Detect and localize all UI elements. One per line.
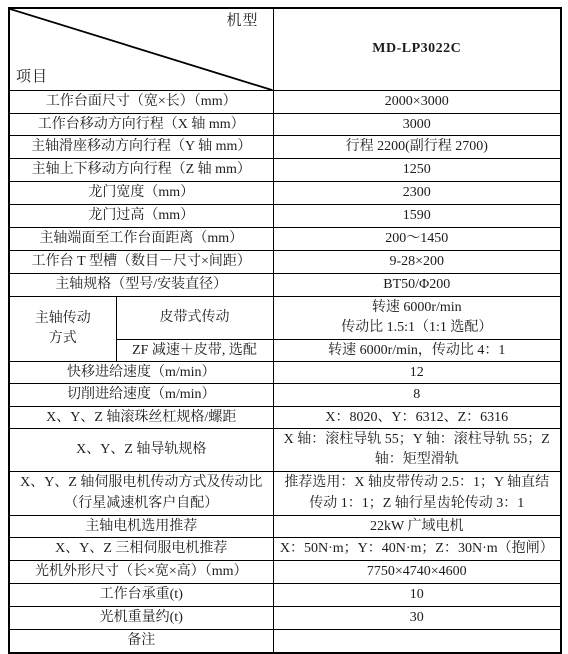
- row-value: 1590: [273, 205, 561, 228]
- row-value: 1250: [273, 159, 561, 182]
- row-label: 主轴滑座移动方向行程（Y 轴 mm）: [9, 136, 273, 159]
- table-row: 切削进给速度（m/min） 8: [9, 384, 561, 407]
- row-value: 2300: [273, 182, 561, 205]
- table-row: 工作台承重(t) 10: [9, 584, 561, 607]
- model-number: MD-LP3022C: [273, 8, 561, 91]
- row-label: 工作台 T 型槽（数目－尺寸×间距）: [9, 251, 273, 274]
- row-label: 快移进给速度（m/min）: [9, 362, 273, 384]
- row-label: 备注: [9, 630, 273, 653]
- row-sublabel: ZF 减速＋皮带, 选配: [116, 340, 273, 362]
- row-value: 10: [273, 584, 561, 607]
- row-value: X 轴：滚柱导轨 55；Y 轴：滚柱导轨 55；Z 轴：矩型滑轨: [273, 429, 561, 472]
- spec-table: 机型 项目 MD-LP3022C 工作台面尺寸（宽×长）（mm） 2000×30…: [8, 7, 562, 654]
- row-label: 工作台移动方向行程（X 轴 mm）: [9, 114, 273, 136]
- table-row: X、Y、Z 轴导轨规格 X 轴：滚柱导轨 55；Y 轴：滚柱导轨 55；Z 轴：…: [9, 429, 561, 472]
- table-header-row: 机型 项目 MD-LP3022C: [9, 8, 561, 91]
- row-value-empty: [273, 630, 561, 653]
- table-row: 龙门宽度（mm） 2300: [9, 182, 561, 205]
- row-label: X、Y、Z 轴滚珠丝杠规格/螺距: [9, 407, 273, 429]
- table-row: 快移进给速度（m/min） 12: [9, 362, 561, 384]
- row-label: 工作台承重(t): [9, 584, 273, 607]
- row-value: 3000: [273, 114, 561, 136]
- row-value: 7750×4740×4600: [273, 561, 561, 584]
- row-label: 龙门过高（mm）: [9, 205, 273, 228]
- row-value: 转速 6000r/min，传动比 4：1: [273, 340, 561, 362]
- table-row: 主轴端面至工作台面距离（mm） 200～1450: [9, 228, 561, 251]
- row-label: 主轴电机选用推荐: [9, 516, 273, 538]
- row-value: 30: [273, 607, 561, 630]
- table-row: 主轴滑座移动方向行程（Y 轴 mm） 行程 2200(副行程 2700): [9, 136, 561, 159]
- table-row: X、Y、Z 轴滚珠丝杠规格/螺距 X：8020、Y：6312、Z：6316: [9, 407, 561, 429]
- table-row-spindle-belt: 主轴传动 方式 皮带式传动 转速 6000r/min 传动比 1.5:1（1:1…: [9, 297, 561, 340]
- table-row: 光机重量约(t) 30: [9, 607, 561, 630]
- table-row: 光机外形尺寸（长×宽×高）（mm） 7750×4740×4600: [9, 561, 561, 584]
- row-label: 光机外形尺寸（长×宽×高）（mm）: [9, 561, 273, 584]
- row-value: 推荐选用：X 轴皮带传动 2.5：1；Y 轴直结传动 1：1；Z 轴行星齿轮传动…: [273, 472, 561, 516]
- table-row: 主轴上下移动方向行程（Z 轴 mm） 1250: [9, 159, 561, 182]
- row-value: 2000×3000: [273, 91, 561, 114]
- row-label: 主轴端面至工作台面距离（mm）: [9, 228, 273, 251]
- row-label: 光机重量约(t): [9, 607, 273, 630]
- table-row: X、Y、Z 三相伺服电机推荐 X：50N·m；Y：40N·m；Z：30N·m（抱…: [9, 538, 561, 561]
- header-machine-type-label: 机型: [226, 11, 258, 33]
- table-row: 工作台 T 型槽（数目－尺寸×间距） 9-28×200: [9, 251, 561, 274]
- row-sublabel: 皮带式传动: [116, 297, 273, 340]
- table-row: X、Y、Z 轴伺服电机传动方式及传动比 （行星减速机客户自配） 推荐选用：X 轴…: [9, 472, 561, 516]
- row-label: 工作台面尺寸（宽×长）（mm）: [9, 91, 273, 114]
- row-label: 主轴规格（型号/安装直径）: [9, 274, 273, 297]
- row-label: X、Y、Z 三相伺服电机推荐: [9, 538, 273, 561]
- row-value: 22kW 广域电机: [273, 516, 561, 538]
- row-value: 12: [273, 362, 561, 384]
- spindle-drive-group-label: 主轴传动 方式: [9, 297, 116, 362]
- row-label: X、Y、Z 轴伺服电机传动方式及传动比 （行星减速机客户自配）: [9, 472, 273, 516]
- table-row: 主轴规格（型号/安装直径） BT50/Φ200: [9, 274, 561, 297]
- row-value: 转速 6000r/min 传动比 1.5:1（1:1 选配）: [273, 297, 561, 340]
- header-item-label: 项目: [16, 67, 48, 89]
- table-row: 工作台面尺寸（宽×长）（mm） 2000×3000: [9, 91, 561, 114]
- row-value: 200～1450: [273, 228, 561, 251]
- row-label: 龙门宽度（mm）: [9, 182, 273, 205]
- table-row: 工作台移动方向行程（X 轴 mm） 3000: [9, 114, 561, 136]
- row-label: 主轴上下移动方向行程（Z 轴 mm）: [9, 159, 273, 182]
- row-value: 行程 2200(副行程 2700): [273, 136, 561, 159]
- row-value: 8: [273, 384, 561, 407]
- diagonal-header-cell: 机型 项目: [9, 8, 273, 91]
- row-value: 9-28×200: [273, 251, 561, 274]
- table-row: 主轴电机选用推荐 22kW 广域电机: [9, 516, 561, 538]
- row-value: BT50/Φ200: [273, 274, 561, 297]
- row-value: X：8020、Y：6312、Z：6316: [273, 407, 561, 429]
- table-row: 龙门过高（mm） 1590: [9, 205, 561, 228]
- table-row-remarks: 备注: [9, 630, 561, 653]
- row-value: X：50N·m；Y：40N·m；Z：30N·m（抱闸）: [273, 538, 561, 561]
- row-label: X、Y、Z 轴导轨规格: [9, 429, 273, 472]
- row-label: 切削进给速度（m/min）: [9, 384, 273, 407]
